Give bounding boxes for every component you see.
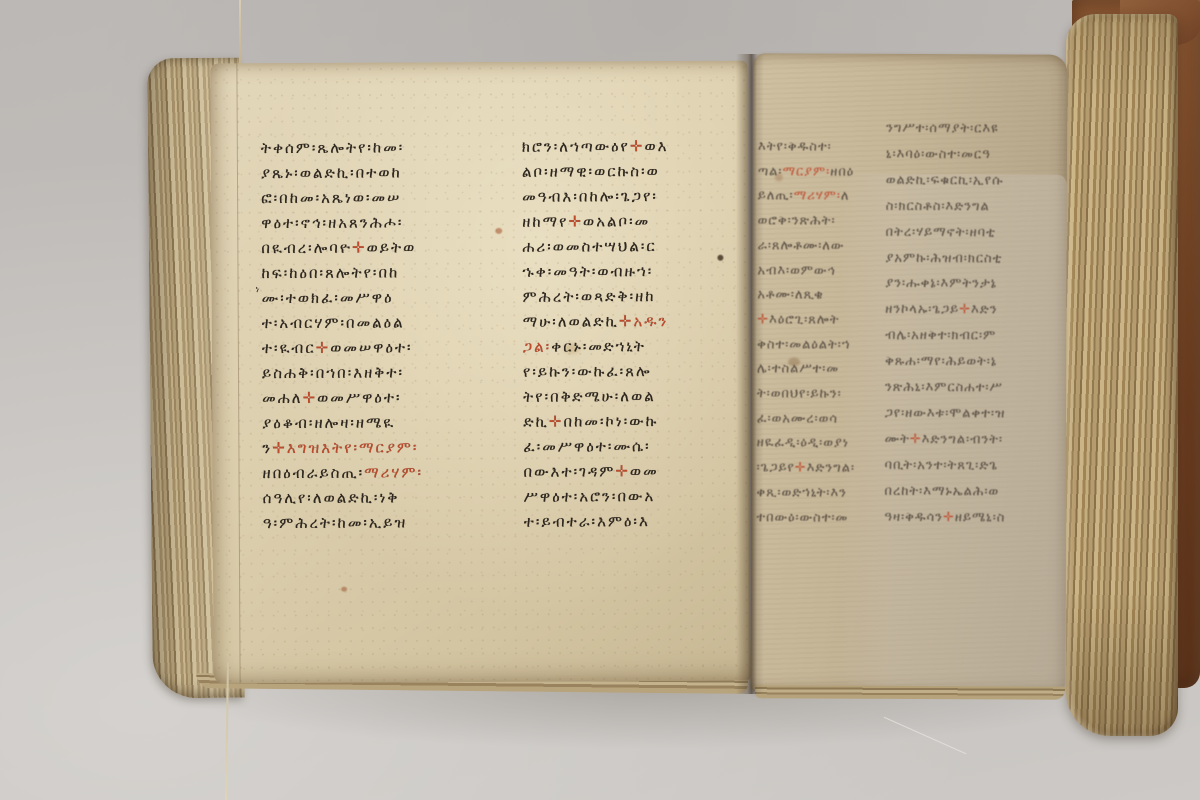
ink-text: እድን bbox=[971, 303, 998, 318]
text-line: ንግሥተ፡ሰማያት፡ርእዩ bbox=[886, 116, 1018, 142]
text-line: ተ፡አብርሃም፡በመልዕል bbox=[262, 310, 504, 336]
ink-text: ወሮቅ፡ንጽሕት፡ bbox=[758, 213, 836, 228]
text-line: ሙ፡ተወክፈ፡መሥዋዕ bbox=[262, 285, 504, 311]
text-line: ያዕቆብ፡ዘሎዛ፡ዘሜዪ bbox=[262, 410, 504, 436]
text-line: ወሮቅ፡ንጽሕት፡ bbox=[758, 209, 876, 234]
left-page: ነ ትቀሰም፡ጼሎትየ፡ከመ፡ያጼኑ፡ወልድኪ፡በተወከፎ፡በከመ፡አጼነወ፡መ… bbox=[210, 61, 750, 684]
text-line: ወልድኪ፡ፍቁርኪ፡ኢየሱ bbox=[886, 168, 1018, 194]
ink-text: ቀጺ፡ወድኀኒት፡እን bbox=[756, 485, 847, 500]
ink-text: ወመ bbox=[630, 462, 659, 480]
text-line: ጣል፡ማርያም፡ዘበዕ bbox=[758, 160, 876, 185]
ink-text: በከመ፡ኮነ፡ውኩ bbox=[563, 412, 658, 430]
ink-text: ጋየ፡ዘውእቱ፡ሞልቀተ፡ዝ bbox=[885, 406, 1006, 422]
text-line: ስ፡ክርስቶስ፡እድንግል bbox=[886, 194, 1018, 220]
text-line: ይስሐቅ፡በኀበ፡እዘቅተ፡ bbox=[262, 360, 504, 386]
manuscript-photo: እትየ፡ቅዱስተ፡ጣል፡ማርያም፡ዘበዕይለጢ፡ማሪሃም፡ለወሮቅ፡ንጽሕት፡ራ… bbox=[0, 0, 1200, 800]
ink-text: ያን፡ሑቀኔ፡እምትንታኔ bbox=[885, 276, 997, 291]
ink-text: ልቦ፡ዘማዊ፡ወርኩስ፡ወ bbox=[522, 162, 660, 181]
rubric-text: ✛ bbox=[352, 239, 367, 257]
text-line: መሐለ✛ወመሥዋዕተ፡ bbox=[262, 385, 504, 411]
ink-text: የ፡ይኩን፡ውኩፈ፡ጸሎ bbox=[523, 362, 652, 381]
ink-text: ወእ bbox=[644, 137, 668, 155]
text-line: በውእተ፡ገዳም✛ወመ bbox=[523, 459, 753, 485]
text-line: ሰዓሊየ፡ለወልድኪ፡ነቅ bbox=[263, 485, 505, 511]
ink-text: ክሮን፡ለኀጣውዕየ bbox=[522, 137, 630, 156]
ink-text: ኒ፡እባዕ፡ውስተ፡መርዓ bbox=[886, 147, 991, 162]
ink-text: በረከት፡እማኑኤልሕ፡ወ bbox=[884, 484, 999, 500]
ink-text: ቅስተ፡መልዕልት፡ኀ bbox=[757, 337, 850, 352]
ink-text: ይስሐቅ፡በኀበ፡እዘቅተ፡ bbox=[262, 363, 404, 382]
text-line: ትቀሰም፡ጼሎትየ፡ከመ፡ bbox=[261, 135, 503, 161]
rubric-text: ✛ bbox=[959, 303, 971, 318]
text-line: ኒ፡እባዕ፡ውስተ፡መርዓ bbox=[886, 142, 1018, 168]
text-line: ፎ፡በከመ፡አጼነወ፡መሠ bbox=[261, 185, 503, 211]
ink-text: አብእ፡ወምውኅ bbox=[757, 263, 836, 278]
ink-text: ያጼኑ፡ወልድኪ፡በተወከ bbox=[261, 163, 402, 182]
ink-text: በውእተ፡ገዳም bbox=[523, 462, 615, 480]
ink-text: ወመሠዋዕተ፡ bbox=[330, 338, 412, 356]
ink-text: ተ፡ዪብር bbox=[262, 339, 316, 357]
rubric-text: ✛እግዝእትየ፡ማርያም፡ bbox=[272, 438, 418, 457]
text-line: ፡ጌጋይየ✛እድንግል፡ bbox=[757, 456, 875, 481]
ink-text: ተበውዕ፡ውስተ፡መ bbox=[756, 510, 848, 525]
text-line: ተበውዕ፡ውስተ፡መ bbox=[756, 506, 874, 531]
text-line: ዘንኮላኡ፡ጌጋይ✛እድን bbox=[885, 297, 1017, 323]
manuscript-column-right-1: እትየ፡ቅዱስተ፡ጣል፡ማርያም፡ዘበዕይለጢ፡ማሪሃም፡ለወሮቅ፡ንጽሕት፡ራ… bbox=[756, 135, 876, 531]
ink-text: ዓ፡ምሕረት፡ከመ፡ኢይዝ bbox=[263, 513, 408, 532]
rubric-text: ✛ bbox=[943, 510, 955, 525]
text-line: ሙት✛እድንግል፡ብንት፡ bbox=[885, 427, 1017, 453]
text-line: ተ፡ይብተራ፡እምዕ፡እ bbox=[524, 509, 754, 535]
text-line: ✛እዕሮጊ፡ጸሎት bbox=[757, 308, 875, 333]
text-line: ይለጢ፡ማሪሃም፡ለ bbox=[758, 185, 876, 210]
ink-text: ሰዓሊየ፡ለወልድኪ፡ነቅ bbox=[263, 488, 400, 507]
ink-text: ሙ፡ተወክፈ፡መሥዋዕ bbox=[262, 288, 394, 307]
rubric-text: ማርያም፡ bbox=[782, 164, 830, 179]
hanging-thread-top bbox=[239, 0, 241, 64]
text-line: የ፡ይኩን፡ውኩፈ፡ጸሎ bbox=[523, 359, 753, 385]
text-line: ከፍ፡ከዕበ፡ጸሎትየ፡በከ bbox=[261, 260, 503, 286]
text-line: ያን፡ሑቀኔ፡እምትንታኔ bbox=[885, 271, 1017, 297]
text-line: ንጽሕኒ፡እምርስሐተ፡ሥ bbox=[885, 375, 1017, 401]
text-line: ልቦ፡ዘማዊ፡ወርኩስ፡ወ bbox=[522, 159, 752, 185]
rubric-text: ✛ bbox=[549, 413, 564, 431]
ink-text: መሐለ bbox=[262, 389, 302, 407]
ink-text: ወይትወ bbox=[367, 238, 417, 256]
ink-text: ማሁ፡ለወልድኪ bbox=[523, 312, 619, 331]
text-line: ባቢት፡አንተ፡ትጸጊ፡ድጌ bbox=[885, 453, 1017, 479]
right-page: እትየ፡ቅዱስተ፡ጣል፡ማርያም፡ዘበዕይለጢ፡ማሪሃም፡ለወሮቅ፡ንጽሕት፡ራ… bbox=[751, 53, 1068, 692]
manuscript-column-left-1: ትቀሰም፡ጼሎትየ፡ከመ፡ያጼኑ፡ወልድኪ፡በተወከፎ፡በከመ፡አጼነወ፡መሠዋ… bbox=[261, 135, 505, 536]
ink-text: ዓዛ፡ቅዱሳን bbox=[884, 509, 943, 524]
text-line: ቅጹሐ፡ማየ፡ሕይወት፡ኔ bbox=[885, 349, 1017, 375]
rubric-text: ✛ bbox=[615, 462, 630, 480]
ink-text: ፈ፡መሥዋዕተ፡ሙሴ፡ bbox=[523, 437, 650, 456]
ink-text: ብሌ፡አዘቅተ፡ክብር፡ም bbox=[885, 328, 996, 343]
gutter-shadow bbox=[736, 54, 764, 694]
ink-text: ዘከማየ bbox=[522, 213, 568, 231]
ink-text: ምሕረት፡ወጻድቅ፡ዘከ bbox=[523, 287, 656, 306]
text-line: ዘዪፈዲ፡ዕዲ፡ወያነ bbox=[757, 432, 875, 457]
text-line: ፈ፡መሥዋዕተ፡ሙሴ፡ bbox=[523, 434, 753, 460]
ink-text: ዘበዕብራይስጢ፡ bbox=[262, 464, 364, 483]
ink-text: አቶሙ፡ለጺቄ bbox=[757, 288, 823, 303]
text-line: መዓብእ፡በከሎ፡ጌጋየ፡ bbox=[522, 184, 752, 210]
ink-text: ባቢት፡አንተ፡ትጸጊ፡ድጌ bbox=[885, 458, 999, 473]
ink-text: ተ፡አብርሃም፡በመልዕል bbox=[262, 313, 405, 332]
rubric-text: ✛ bbox=[795, 461, 807, 476]
interlinear-correction: ነ bbox=[256, 285, 260, 295]
ink-text: እዕሮጊ፡ጸሎት bbox=[769, 312, 839, 327]
text-line: ያአምኩ፡ሕዝብ፡ክርስቲ bbox=[885, 245, 1017, 271]
ink-text: ቅጹሐ፡ማየ፡ሕይወት፡ኔ bbox=[885, 354, 997, 369]
text-line: ት፡ወበህየ፡ይኩን፡ bbox=[757, 382, 875, 407]
text-line: አቶሙ፡ለጺቄ bbox=[757, 284, 875, 309]
ink-text: ያአምኩ፡ሕዝብ፡ክርስቲ bbox=[885, 250, 1002, 266]
ink-text: ሥዋዕተ፡አሮን፡በውአ bbox=[524, 487, 656, 506]
rubric-text: ✛ bbox=[316, 339, 331, 357]
ink-text: ቀርኑ፡መድኀኒት bbox=[551, 337, 646, 355]
ink-text: ዘይሜኒ፡ስ bbox=[955, 510, 1006, 525]
text-line: ሐሪ፡ወመስተሣህል፡ር bbox=[522, 234, 752, 260]
text-line: ምሕረት፡ወጻድቅ፡ዘከ bbox=[523, 284, 753, 310]
ink-text: ወመሥዋዕተ፡ bbox=[317, 388, 401, 406]
text-line: ን✛እግዝእትየ፡ማርያም፡ bbox=[262, 435, 504, 461]
ink-text: ሐሪ፡ወመስተሣህል፡ር bbox=[522, 237, 656, 256]
text-line: ያጼኑ፡ወልድኪ፡በተወከ bbox=[261, 160, 503, 186]
ink-text: እድንግል፡ bbox=[807, 461, 855, 476]
text-line: ቀጺ፡ወድኀኒት፡እን bbox=[756, 481, 874, 506]
text-line: ጋል፡ቀርኑ፡መድኀኒት bbox=[523, 334, 753, 360]
ink-text: ስ፡ክርስቶስ፡እድንግል bbox=[886, 199, 990, 214]
ink-text: ወአልቦ፡መ bbox=[583, 212, 650, 230]
ink-text: ንግሥተ፡ሰማያት፡ርእዩ bbox=[886, 121, 999, 136]
ink-text: እድንግል፡ብንት፡ bbox=[922, 432, 1003, 447]
ink-text: ለ bbox=[841, 189, 850, 204]
ink-text: በትረ፡ሃይማኖት፡ዘባቲ bbox=[886, 225, 996, 240]
text-line: ዓዛ፡ቅዱሳን✛ዘይሜኒ፡ስ bbox=[884, 504, 1016, 530]
manuscript-column-right-2: ንግሥተ፡ሰማያት፡ርእዩኒ፡እባዕ፡ውስተ፡መርዓወልድኪ፡ፍቁርኪ፡ኢየሱስ… bbox=[884, 116, 1018, 531]
ink-text: ዘበዕ bbox=[830, 164, 854, 179]
ink-text: እትየ፡ቅዱስተ፡ bbox=[758, 139, 832, 154]
text-line: በዪብረ፡ሎባዮ✛ወይትወ bbox=[261, 235, 503, 261]
text-line: ትየ፡በቅድሜሁ፡ለወል bbox=[523, 384, 753, 410]
ink-text: ዘዪፈዲ፡ዕዲ፡ወያነ bbox=[757, 436, 849, 451]
ink-text: በዪብረ፡ሎባዮ bbox=[261, 239, 352, 257]
ink-text: ወልድኪ፡ፍቁርኪ፡ኢየሱ bbox=[886, 173, 1004, 189]
ink-text: ፈ፡ወአሙረ፡ወሳ bbox=[757, 411, 838, 426]
text-line: ቅስተ፡መልዕልት፡ኀ bbox=[757, 333, 875, 358]
text-line: ዘበዕብራይስጢ፡ማሪሃም፡ bbox=[262, 460, 504, 486]
fore-edge-page-stack bbox=[1066, 14, 1178, 736]
text-line: ዋዕተ፡ኖኅ፡ዘአጸንሕሖ፡ bbox=[261, 210, 503, 236]
ink-text: ሌ፡ተስልሥተ፡መ bbox=[757, 362, 839, 377]
ink-text: ፎ፡በከመ፡አጼነወ፡መሠ bbox=[261, 188, 401, 207]
ink-text: ተ፡ይብተራ፡እምዕ፡እ bbox=[524, 512, 650, 531]
text-line: ድኪ✛በከመ፡ኮነ፡ውኩ bbox=[523, 409, 753, 435]
text-line: በረከት፡እማኑኤልሕ፡ወ bbox=[884, 479, 1016, 505]
rubric-text: ✛አዱን bbox=[619, 312, 669, 330]
text-line: ብሌ፡አዘቅተ፡ክብር፡ም bbox=[885, 323, 1017, 349]
rubric-text: ማሪሃም፡ bbox=[364, 463, 423, 481]
ink-text: ኁቀ፡መዓት፡ወብዙኀ፡ bbox=[522, 262, 653, 281]
ink-text: ት፡ወበህየ፡ይኩን፡ bbox=[757, 386, 842, 401]
ink-text: ድኪ bbox=[523, 413, 549, 431]
rubric-text: ✛ bbox=[302, 389, 317, 407]
rubric-text: ✛ bbox=[910, 432, 922, 447]
rubric-text: ✛ bbox=[630, 137, 645, 155]
text-line: ዘከማየ✛ወአልቦ፡መ bbox=[522, 209, 752, 235]
manuscript-column-left-2: ክሮን፡ለኀጣውዕየ✛ወእልቦ፡ዘማዊ፡ወርኩስ፡ወመዓብእ፡በከሎ፡ጌጋየ፡ዘ… bbox=[522, 134, 754, 535]
text-line: ኁቀ፡መዓት፡ወብዙኀ፡ bbox=[522, 259, 752, 285]
ink-text: ከፍ፡ከዕበ፡ጸሎትየ፡በከ bbox=[261, 263, 399, 282]
ink-text: መዓብእ፡በከሎ፡ጌጋየ፡ bbox=[522, 187, 658, 206]
rubric-text: ጋል፡ bbox=[523, 338, 551, 356]
ink-text: ትቀሰም፡ጼሎትየ፡ከመ፡ bbox=[261, 138, 405, 157]
ink-text: ዘንኮላኡ፡ጌጋይ bbox=[885, 302, 959, 317]
rubric-text: ማሪሃም፡ bbox=[794, 189, 841, 204]
text-line: ክሮን፡ለኀጣውዕየ✛ወእ bbox=[522, 134, 752, 160]
ink-text: ንጽሕኒ፡እምርስሐተ፡ሥ bbox=[885, 380, 1003, 396]
text-line: ተ፡ዪብር✛ወመሠዋዕተ፡ bbox=[262, 335, 504, 361]
text-line: ሥዋዕተ፡አሮን፡በውአ bbox=[524, 484, 754, 510]
ink-text: ራ፡ጸሎቶሙ፡ለው bbox=[758, 238, 845, 253]
text-line: አብእ፡ወምውኅ bbox=[757, 259, 875, 284]
ink-text: ሙት bbox=[885, 432, 910, 447]
text-line: ዓ፡ምሕረት፡ከመ፡ኢይዝ bbox=[263, 510, 505, 536]
ink-text: ዋዕተ፡ኖኅ፡ዘአጸንሕሖ፡ bbox=[261, 213, 403, 232]
text-line: ፈ፡ወአሙረ፡ወሳ bbox=[757, 407, 875, 432]
text-line: እትየ፡ቅዱስተ፡ bbox=[758, 135, 876, 160]
ink-text: ትየ፡በቅድሜሁ፡ለወል bbox=[523, 387, 656, 406]
rubric-text: ✛ bbox=[568, 212, 583, 230]
text-line: ማሁ፡ለወልድኪ✛አዱን bbox=[523, 309, 753, 335]
ink-text: ን bbox=[262, 439, 272, 457]
text-line: ራ፡ጸሎቶሙ፡ለው bbox=[757, 234, 875, 259]
text-line: ጋየ፡ዘውእቱ፡ሞልቀተ፡ዝ bbox=[885, 401, 1017, 427]
right-page-bottom-edges bbox=[755, 685, 1065, 700]
stain bbox=[341, 587, 347, 592]
ink-text: ያዕቆብ፡ዘሎዛ፡ዘሜዪ bbox=[262, 413, 395, 432]
text-line: ሌ፡ተስልሥተ፡መ bbox=[757, 358, 875, 383]
text-line: በትረ፡ሃይማኖት፡ዘባቲ bbox=[886, 220, 1018, 246]
